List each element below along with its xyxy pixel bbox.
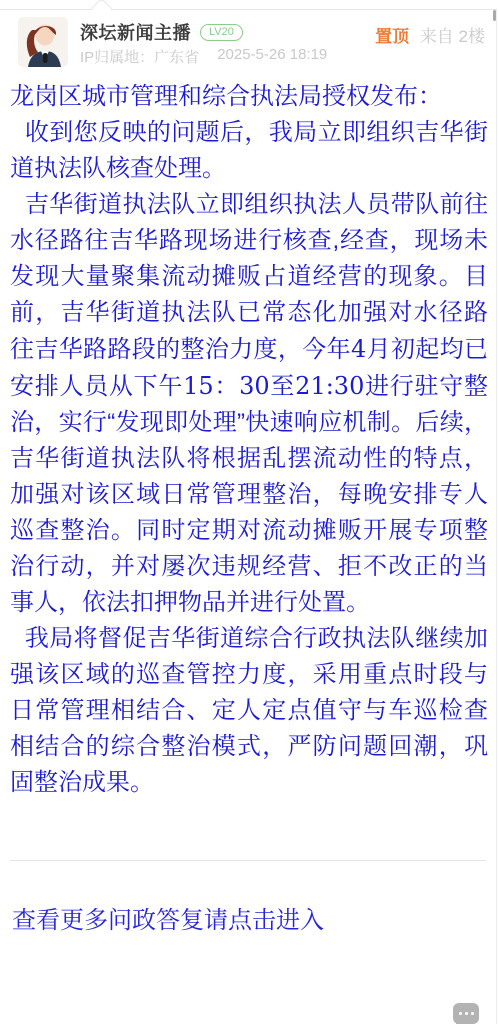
pinned-badge: 置顶 <box>375 27 409 46</box>
post-timestamp: 2025-5-26 18:19 <box>217 46 327 67</box>
avatar[interactable] <box>18 17 68 67</box>
forum-post-page: 深坛新闻主播 LV20 IP归属地：广东省 2025-5-26 18:19 置顶… <box>0 0 499 1024</box>
post-card: 深坛新闻主播 LV20 IP归属地：广东省 2025-5-26 18:19 置顶… <box>0 9 497 1024</box>
body-paragraph: 收到您反映的问题后，我局立即组织吉华街道执法队核查处理。 <box>10 115 488 187</box>
post-meta: IP归属地：广东省 2025-5-26 18:19 <box>80 46 327 67</box>
more-replies-link[interactable]: 查看更多问政答复请点击进入 <box>12 906 324 936</box>
ip-location: IP归属地：广东省 <box>80 46 199 67</box>
author-name[interactable]: 深坛新闻主播 <box>80 19 191 45</box>
comment-bubble-icon[interactable] <box>453 1003 479 1024</box>
body-paragraph: 吉华街道执法队立即组织执法人员带队前往水径路往吉华路现场进行核查,经查，现场未发… <box>10 187 488 621</box>
news-anchor-avatar-icon <box>18 17 68 67</box>
scrollbar-thumb[interactable] <box>493 10 496 21</box>
post-header: 深坛新闻主播 LV20 IP归属地：广东省 2025-5-26 18:19 置顶… <box>0 10 496 72</box>
body-paragraph: 龙岗区城市管理和综合执法局授权发布： <box>10 79 488 115</box>
post-tags: 置顶 来自 2楼 <box>375 22 485 47</box>
floor-label: 来自 2楼 <box>420 27 485 46</box>
post-body: 龙岗区城市管理和综合执法局授权发布：收到您反映的问题后，我局立即组织吉华街道执法… <box>10 79 488 801</box>
comment-dots <box>453 1003 479 1024</box>
body-paragraph: 我局将督促吉华街道综合行政执法队继续加强该区域的巡查管控力度，采用重点时段与日常… <box>10 621 488 801</box>
level-badge: LV20 <box>200 24 243 41</box>
divider-line <box>10 860 486 861</box>
